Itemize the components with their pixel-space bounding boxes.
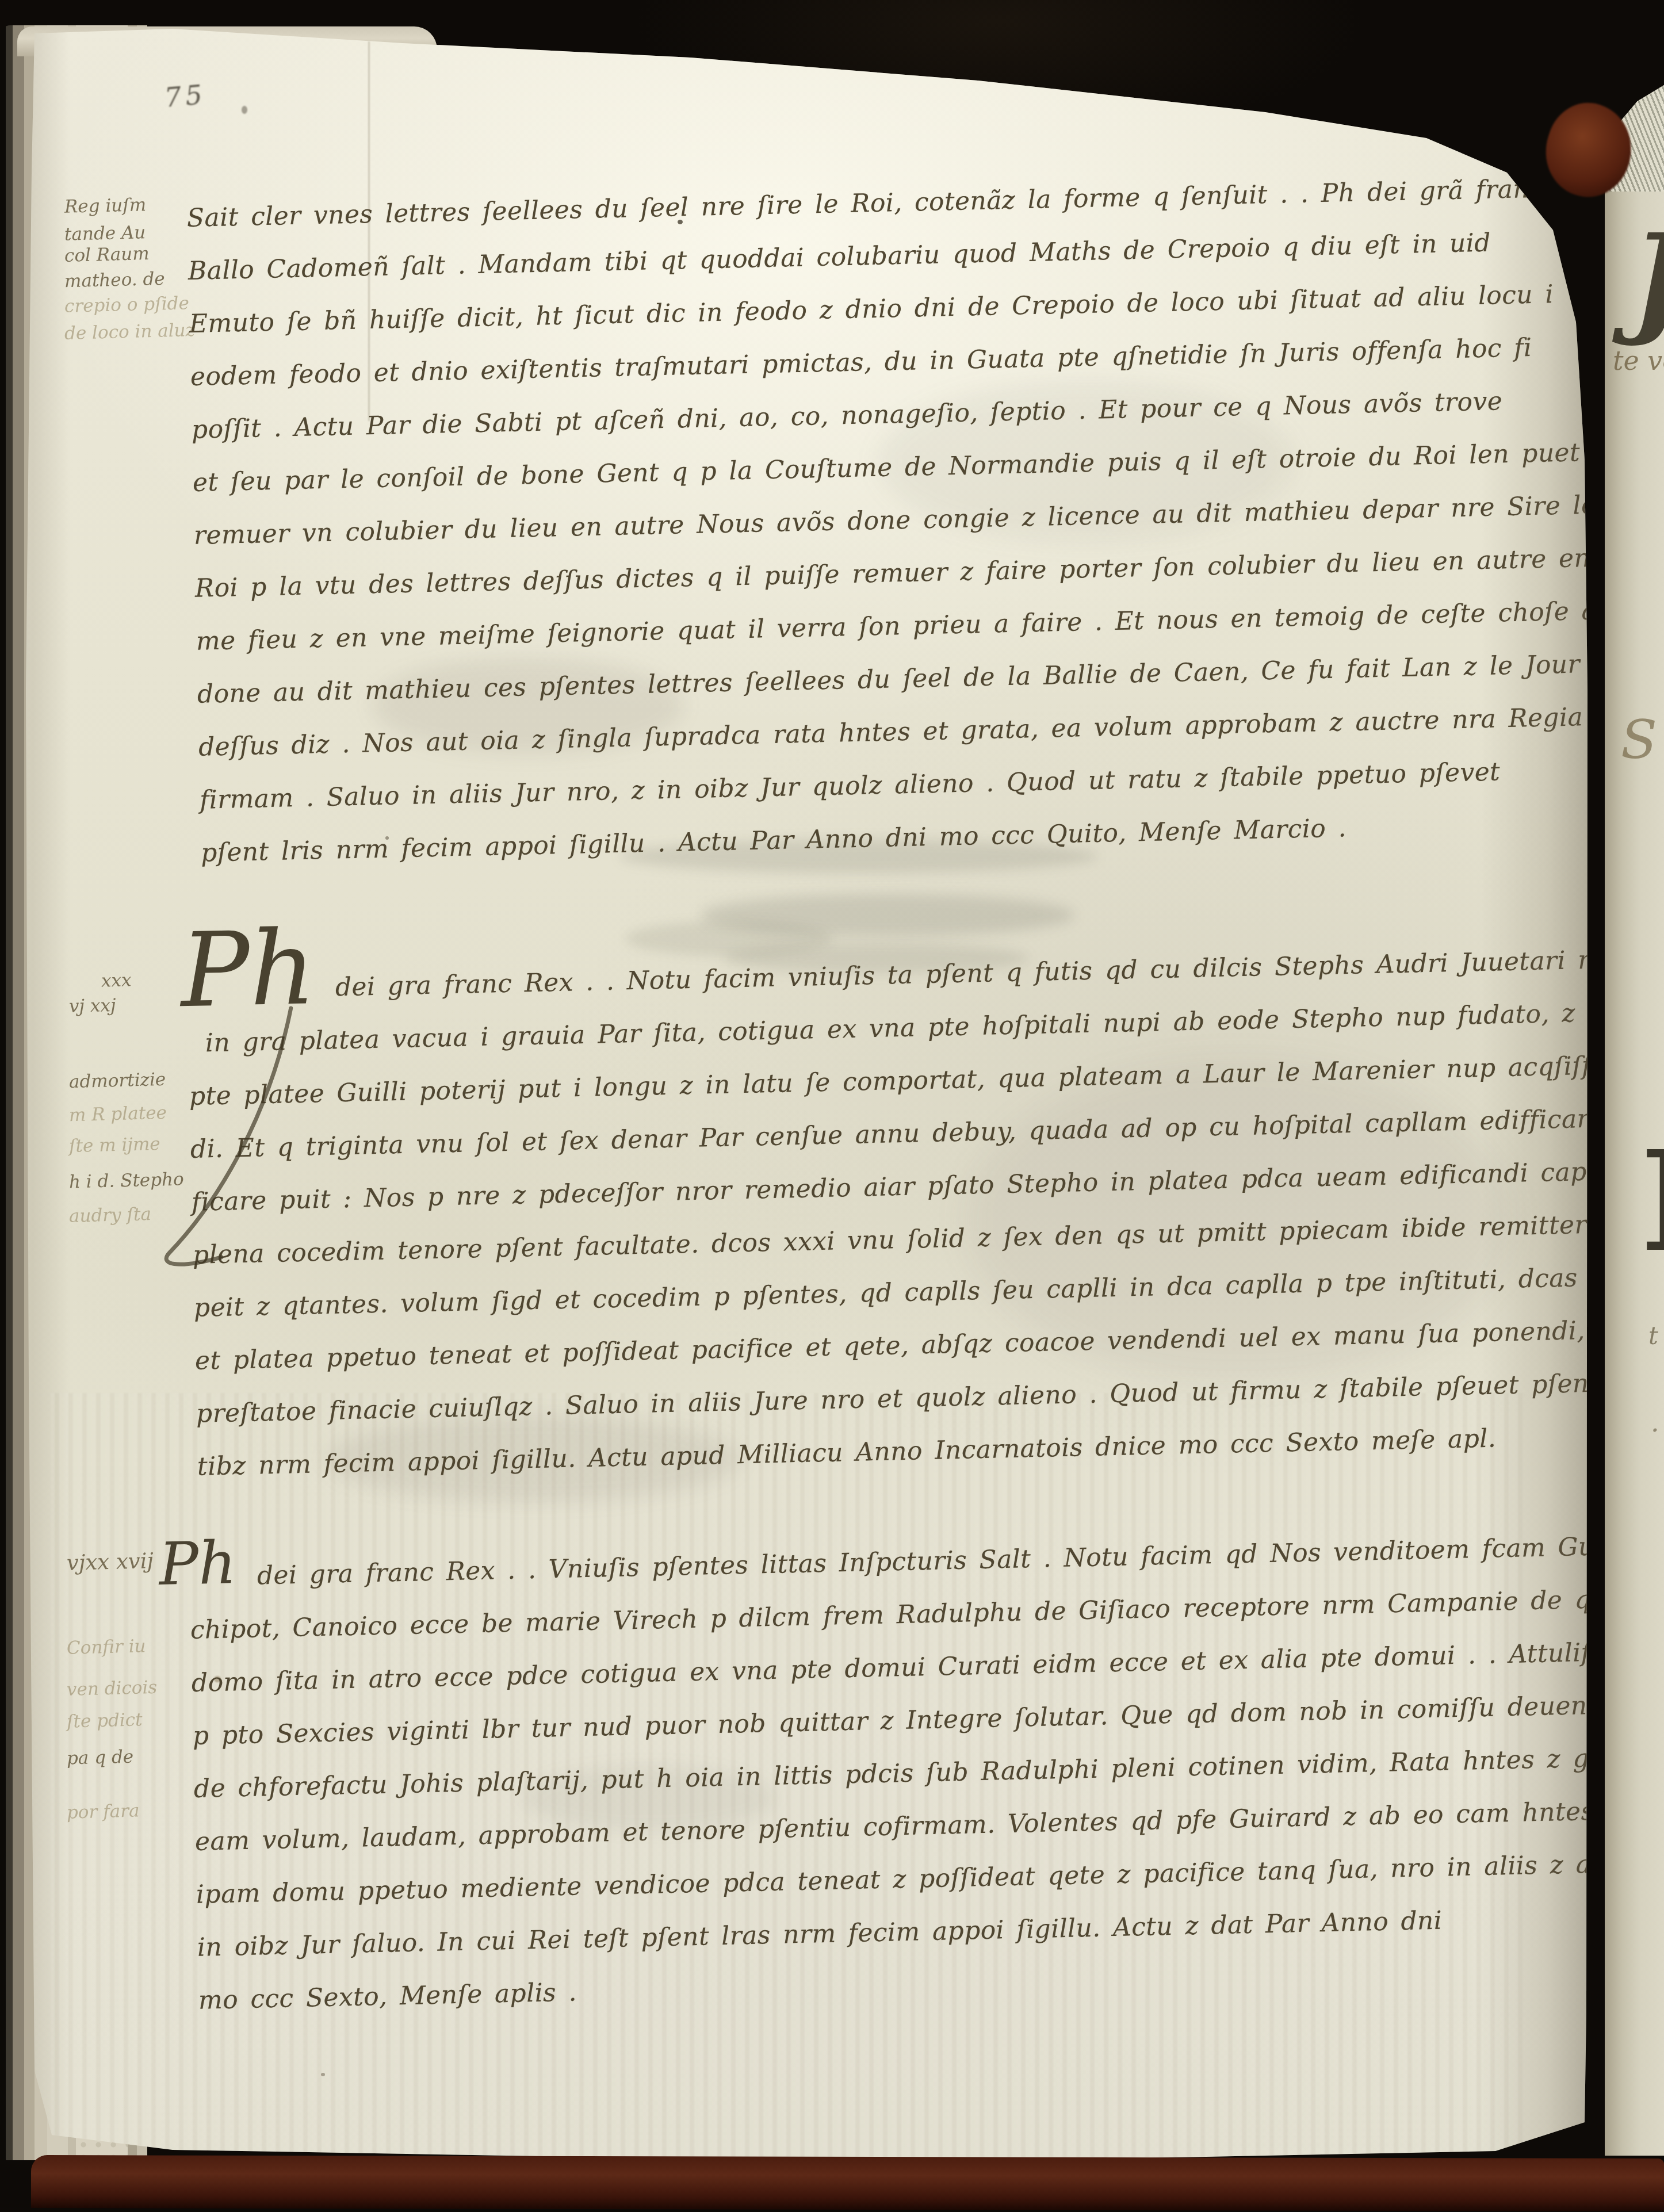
facing-text-fragment: te ve [1613,345,1664,376]
decorated-initial-ph: Ph [158,1534,237,1594]
margin-note: vjxx xvij [66,1548,154,1575]
margin-note: h i d. Stepho [69,1169,185,1192]
manuscript-page: 75 Reg iuſm tande Au col Raum matheo. de… [16,24,1601,2194]
manuscript-photo: 75 Reg iuſm tande Au col Raum matheo. de… [0,0,1664,2212]
margin-note: matheo. de [64,269,166,292]
facing-page-edge: J te ve S I t . [1605,85,1664,2156]
margin-note: de loco in aluz [64,320,196,344]
margin-note: xxx [101,970,132,991]
binding-leather-bottom [31,2155,1664,2211]
margin-note: vj xxj [69,995,116,1017]
margin-note: m R platee [69,1103,167,1126]
margin-note: audry ſta [69,1204,152,1227]
margin-note: admortizie [69,1069,166,1092]
facing-text-fragment: S [1621,709,1657,771]
folio-number: 75 [163,79,208,113]
facing-text-fragment: J [1631,207,1664,349]
facing-text-fragment: t [1648,1322,1658,1350]
charter-entry-1: Sait cler vnes lettres ſeellees du ſeel … [186,159,1664,880]
ink-showthrough [701,894,1074,936]
facing-text-fragment: . [1651,1407,1659,1438]
folio-ink-mark [242,106,247,114]
margin-note: pa q de [67,1746,134,1769]
facing-text-fragment: I [1640,1120,1664,1283]
ink-speck [321,2073,325,2076]
charter-entry-3: Ph dei gra franc Rex . . Vniuſis pſentes… [189,1518,1664,2027]
margin-note: Reg iuſm [64,194,147,217]
decorated-initial-ph: Ph [179,917,316,1022]
margin-note: tande Au [64,222,146,245]
margin-note: ven dicois [67,1677,158,1700]
gutter-shadow [1481,24,1601,2194]
margin-note: ſte pdict [67,1709,143,1732]
margin-note: col Raum [64,243,150,266]
margin-note: ſte m ijme [69,1134,161,1157]
charter-entry-2: Ph dei gra franc Rex . . Notu facim vniu… [186,932,1664,1494]
margin-note: por fara [67,1800,140,1823]
margin-note: crepio o pſide [64,293,190,317]
margin-note: Confir iu [67,1636,146,1659]
